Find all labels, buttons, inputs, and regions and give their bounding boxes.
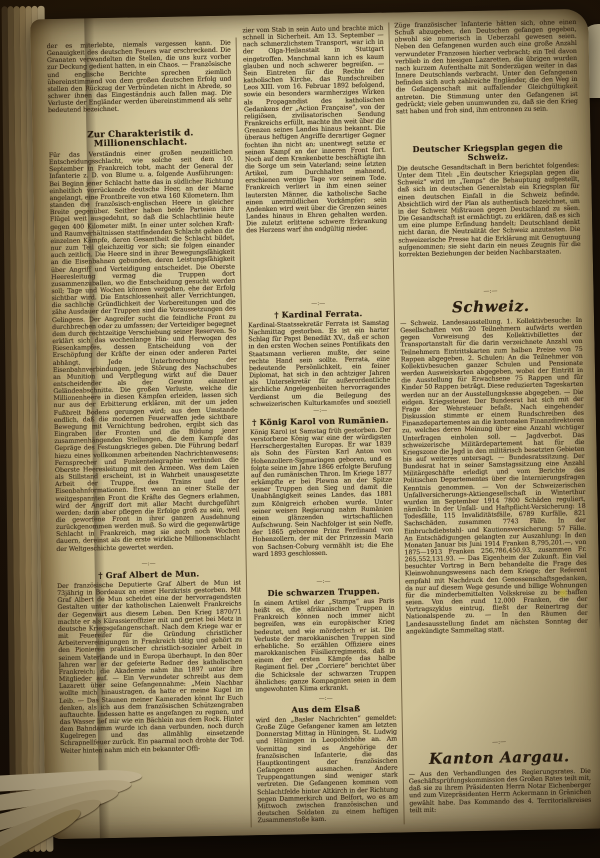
article-text-continuation: zier vom Stab in sein Auto und brachte m… bbox=[242, 25, 388, 300]
article-text: Die deutsche Gesandtschaft in Bern beric… bbox=[397, 162, 581, 287]
book-page-fan bbox=[0, 770, 162, 858]
photo-of-bound-newspaper: der es miterlebte, niemals vergessen kan… bbox=[0, 0, 600, 858]
article-text: Für das Verständnis einer großen neuzeit… bbox=[49, 149, 241, 560]
paper-stain bbox=[596, 326, 600, 339]
article-text: wird den „Basler Nachrichten“ gemeldet: … bbox=[256, 715, 399, 828]
section-headline: Kanton Aargau. bbox=[408, 744, 590, 771]
article-text-continuation: Züge französischer Infanterie hätten sic… bbox=[394, 19, 578, 142]
article-text: — Schweiz. Landesausstellung. 1. Kollekt… bbox=[400, 317, 590, 738]
newspaper-column-right: Züge französischer Infanterie hätten sic… bbox=[394, 19, 591, 826]
newspaper-column-left: der es miterlebte, niemals vergessen kan… bbox=[47, 40, 246, 825]
article-text: König Karol ist Samstag früh gestorben. … bbox=[250, 427, 394, 578]
section-headline: Schweiz. bbox=[400, 293, 582, 320]
article-text: Kardinal-Staatssekretär Ferrata ist Sams… bbox=[248, 320, 391, 407]
article-text-continuation: der es miterlebte, niemals vergessen kan… bbox=[47, 40, 233, 130]
article-text: — Aus den Verhandlungen des Regierungsra… bbox=[409, 768, 592, 826]
newspaper-page: der es miterlebte, niemals vergessen kan… bbox=[30, 9, 600, 840]
newspaper-column-middle: zier vom Stab in sein Auto und brachte m… bbox=[242, 25, 398, 828]
article-text: In einem Artikel der „Stampa“ aus Paris … bbox=[253, 598, 396, 695]
